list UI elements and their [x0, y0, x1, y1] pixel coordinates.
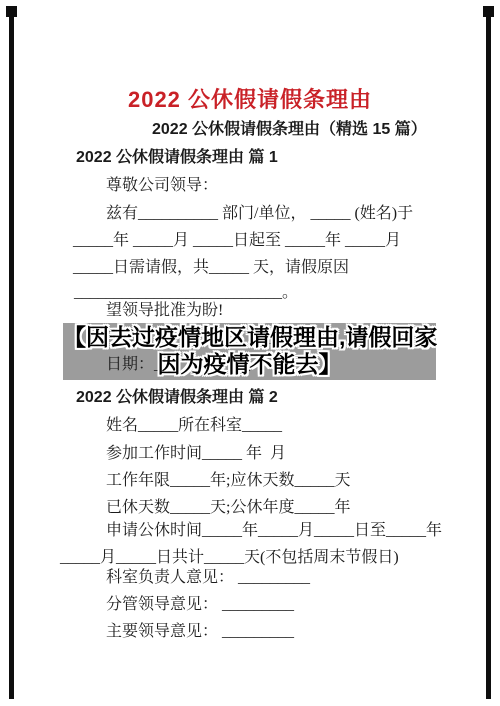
section1-line-date-range: _____年 _____月 _____日起至 _____年 _____月	[73, 231, 401, 251]
section1-heading: 2022 公休假请假条理由 篇 1	[76, 148, 278, 168]
section1-salutation: 尊敬公司领导：	[106, 176, 218, 196]
section2-line-years: 工作年限_____年;应休天数_____天	[106, 471, 350, 491]
page-title: 2022 公休假请假条理由	[0, 83, 500, 114]
watermark-line1: 【因去过疫情地区请假理由,请假回家	[63, 324, 437, 350]
section2-line-name: 姓名_____所在科室_____	[106, 416, 282, 436]
section2-line-total: _____月_____日共计_____天(不包括周末节假日)	[60, 548, 399, 568]
section2-line-work-time: 参加工作时间_____ 年 月	[106, 444, 286, 464]
section1-line-person: 兹有__________ 部门/单位， _____ (姓名)于	[106, 204, 413, 224]
watermark-line2: 因为疫情不能去】	[158, 351, 342, 377]
section2-line-taken: 已休天数_____天;公休年度_____年	[106, 498, 350, 518]
section1-line-days: _____日需请假，共_____ 天，请假原因	[73, 258, 349, 278]
section1-line-hope: 望领导批准为盼!	[106, 301, 223, 321]
scan-edge-right-bar	[486, 15, 491, 699]
section2-line-apply: 申请公休时间_____年_____月_____日至_____年	[106, 521, 442, 541]
section2-line-leader-opinion: 主要领导意见： _________	[106, 622, 294, 642]
section2-line-manager-opinion: 分管领导意见： _________	[106, 595, 294, 615]
watermark-text: 【因去过疫情地区请假理由,请假回家因为疫情不能去】	[63, 323, 436, 380]
section2-heading: 2022 公休假请假条理由 篇 2	[76, 388, 278, 408]
document-page: 2022 公休假请假条理由 2022 公休假请假条理由（精选 15 篇） 202…	[0, 0, 500, 706]
page-subtitle: 2022 公休假请假条理由（精选 15 篇）	[152, 120, 427, 140]
section1-line-reason-blank: __________________________。	[74, 283, 298, 303]
scan-edge-left-bar	[9, 15, 14, 699]
section2-line-dept-opinion: 科室负责人意见： _________	[106, 568, 310, 588]
